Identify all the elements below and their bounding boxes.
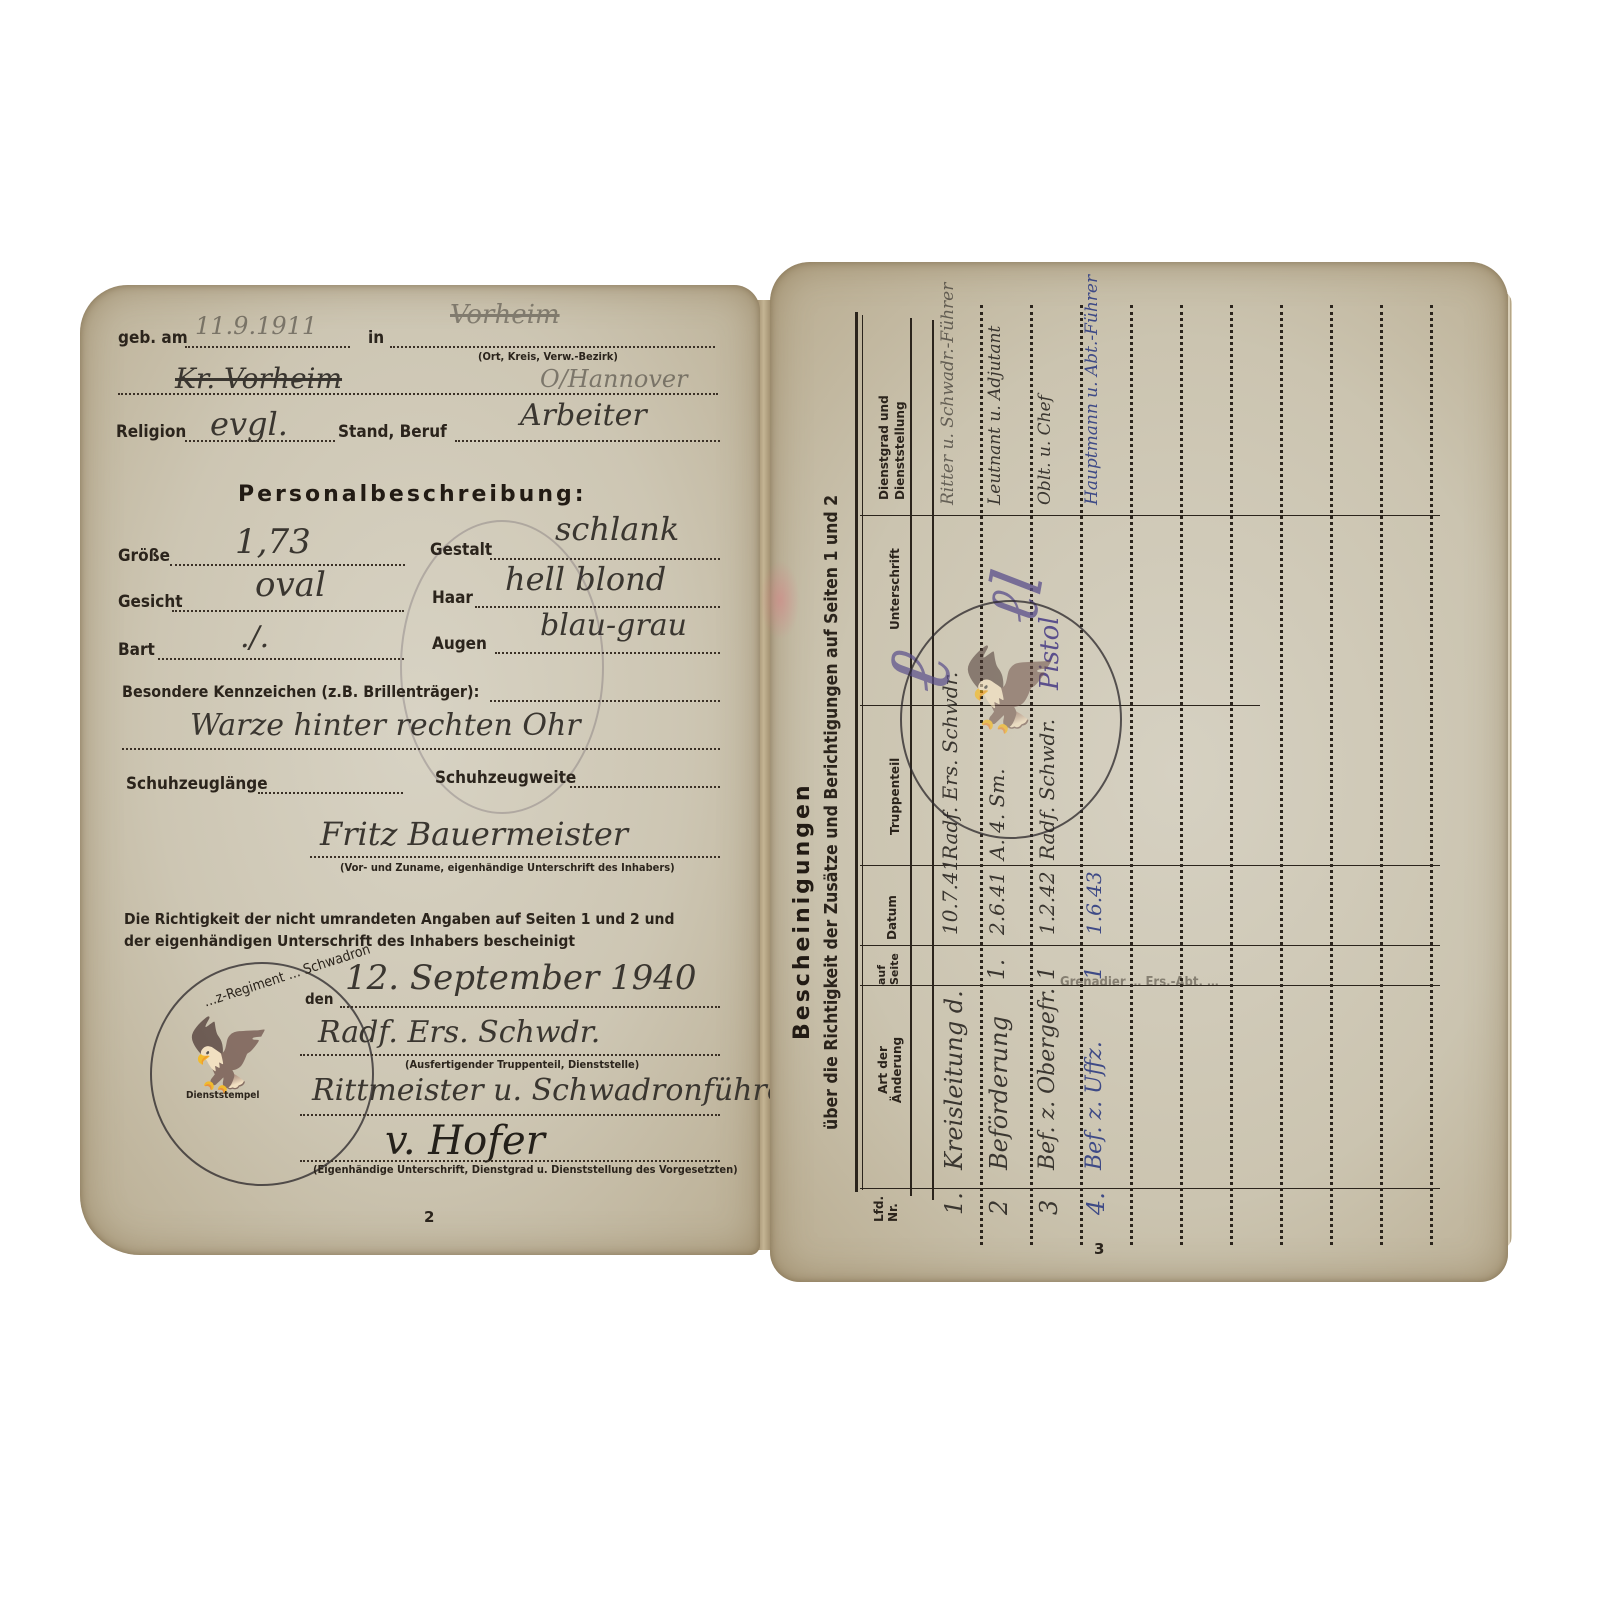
label-bart: Bart	[118, 640, 155, 660]
issuing-unit-value: Radf. Ers. Schwdr.	[318, 1015, 600, 1050]
page-number-right: 3	[1094, 1240, 1104, 1258]
label-schuhzeugweite: Schuhzeugweite	[435, 768, 576, 788]
dotted-line	[310, 856, 720, 858]
eagle-emblem-icon: 🦅	[960, 650, 1060, 730]
birthplace-region-value: O/Hannover	[540, 365, 688, 393]
dotted-line	[490, 700, 720, 702]
religion-value: evgl.	[210, 405, 288, 443]
owner-signature: Fritz Bauermeister	[320, 815, 628, 853]
dotted-line	[185, 346, 350, 348]
dotted-line	[158, 658, 404, 660]
dotted-line	[300, 1054, 720, 1056]
dotted-line	[300, 1114, 720, 1116]
dotted-line	[340, 1006, 720, 1008]
occupation-value: Arbeiter	[520, 398, 647, 433]
page-number-left: 2	[424, 1208, 434, 1226]
column-divider-seite	[860, 985, 1440, 986]
row-dotted-separator	[1280, 305, 1283, 1245]
dotted-line	[118, 393, 718, 395]
label-den: den	[305, 990, 333, 1008]
section-title-personalbeschreibung: Personalbeschreibung:	[238, 482, 587, 507]
dotted-line	[172, 610, 404, 612]
dotted-line	[390, 346, 715, 348]
superior-rank-value: Rittmeister u. Schwadronführer	[312, 1073, 799, 1108]
dotted-line	[122, 748, 720, 750]
birthplace-value: Vorheim	[450, 300, 560, 330]
label-geb-am: geb. am	[118, 328, 188, 348]
certification-text-line1: Die Richtigkeit der nicht umrandeten Ang…	[124, 910, 674, 928]
caption-ort-kreis: (Ort, Kreis, Verw.-Bezirk)	[478, 350, 618, 363]
label-schuhzeuglaenge: Schuhzeuglänge	[126, 774, 268, 794]
face-value: oval	[255, 565, 326, 605]
eagle-emblem-icon: 🦅	[185, 1020, 272, 1090]
row-dotted-separator	[1330, 305, 1333, 1245]
dotted-line	[258, 792, 403, 794]
row-dotted-separator	[1430, 305, 1433, 1245]
beard-value: ./.	[240, 620, 269, 655]
row-dotted-separator	[1130, 305, 1133, 1245]
row-dotted-separator	[1380, 305, 1383, 1245]
ink-smudge	[760, 560, 800, 640]
column-divider-datum	[860, 945, 1440, 946]
dotted-line	[300, 1160, 720, 1162]
height-value: 1,73	[235, 522, 311, 562]
label-religion: Religion	[116, 422, 186, 442]
caption-owner-signature: (Vor- und Zuname, eigenhändige Unterschr…	[340, 861, 675, 874]
label-gesicht: Gesicht	[118, 592, 183, 612]
superior-signature: v. Hofer	[385, 1118, 545, 1164]
column-divider-dienstgrad	[860, 515, 1440, 516]
distinguishing-marks-value: Warze hinter rechten Ohr	[190, 708, 581, 743]
label-besondere-kennzeichen: Besondere Kennzeichen (z.B. Brillenträge…	[122, 682, 479, 701]
table-frame-left	[855, 312, 858, 1192]
label-groesse: Größe	[118, 546, 170, 566]
label-in: in	[368, 328, 384, 348]
right-page	[770, 262, 1508, 1282]
caption-superior-signature: (Eigenhändige Unterschrift, Dienstgrad u…	[313, 1163, 738, 1176]
label-dienststempel: Dienststempel	[186, 1090, 259, 1101]
birth-date-value: 11.9.1911	[195, 312, 317, 340]
dotted-line	[570, 786, 720, 788]
certification-date-value: 12. September 1940	[345, 958, 697, 998]
row-dotted-separator	[1180, 305, 1183, 1245]
birthplace-struck-value: Kr. Vorheim	[175, 362, 342, 395]
dotted-line	[455, 440, 720, 442]
column-divider-art	[860, 1188, 1440, 1189]
caption-issuing-unit: (Ausfertigender Truppenteil, Dienststell…	[405, 1058, 639, 1071]
column-divider-truppenteil	[860, 865, 1440, 866]
table-frame-left-inner	[862, 315, 863, 1190]
label-stand-beruf: Stand, Beruf	[338, 422, 447, 442]
build-value: schlank	[555, 510, 679, 548]
row-dotted-separator	[1230, 305, 1233, 1245]
